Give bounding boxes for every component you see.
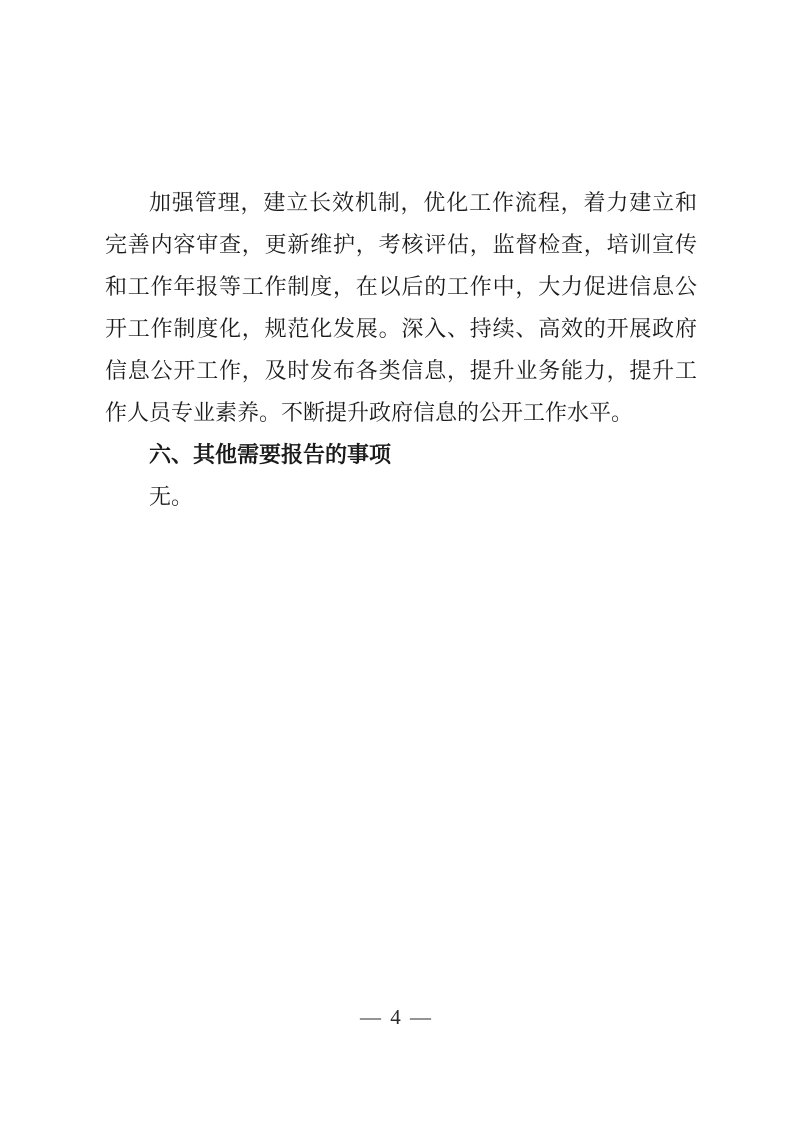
document-page: 加强管理，建立长效机制，优化工作流程，着力建立和完善内容审查，更新维护，考核评估…	[0, 0, 793, 1122]
section-body: 无。	[105, 476, 697, 518]
page-number: — 4 —	[0, 1002, 793, 1032]
body-paragraph: 加强管理，建立长效机制，优化工作流程，着力建立和完善内容审查，更新维护，考核评估…	[105, 182, 697, 434]
section-heading: 六、其他需要报告的事项	[105, 434, 697, 476]
document-content: 加强管理，建立长效机制，优化工作流程，着力建立和完善内容审查，更新维护，考核评估…	[105, 182, 697, 518]
